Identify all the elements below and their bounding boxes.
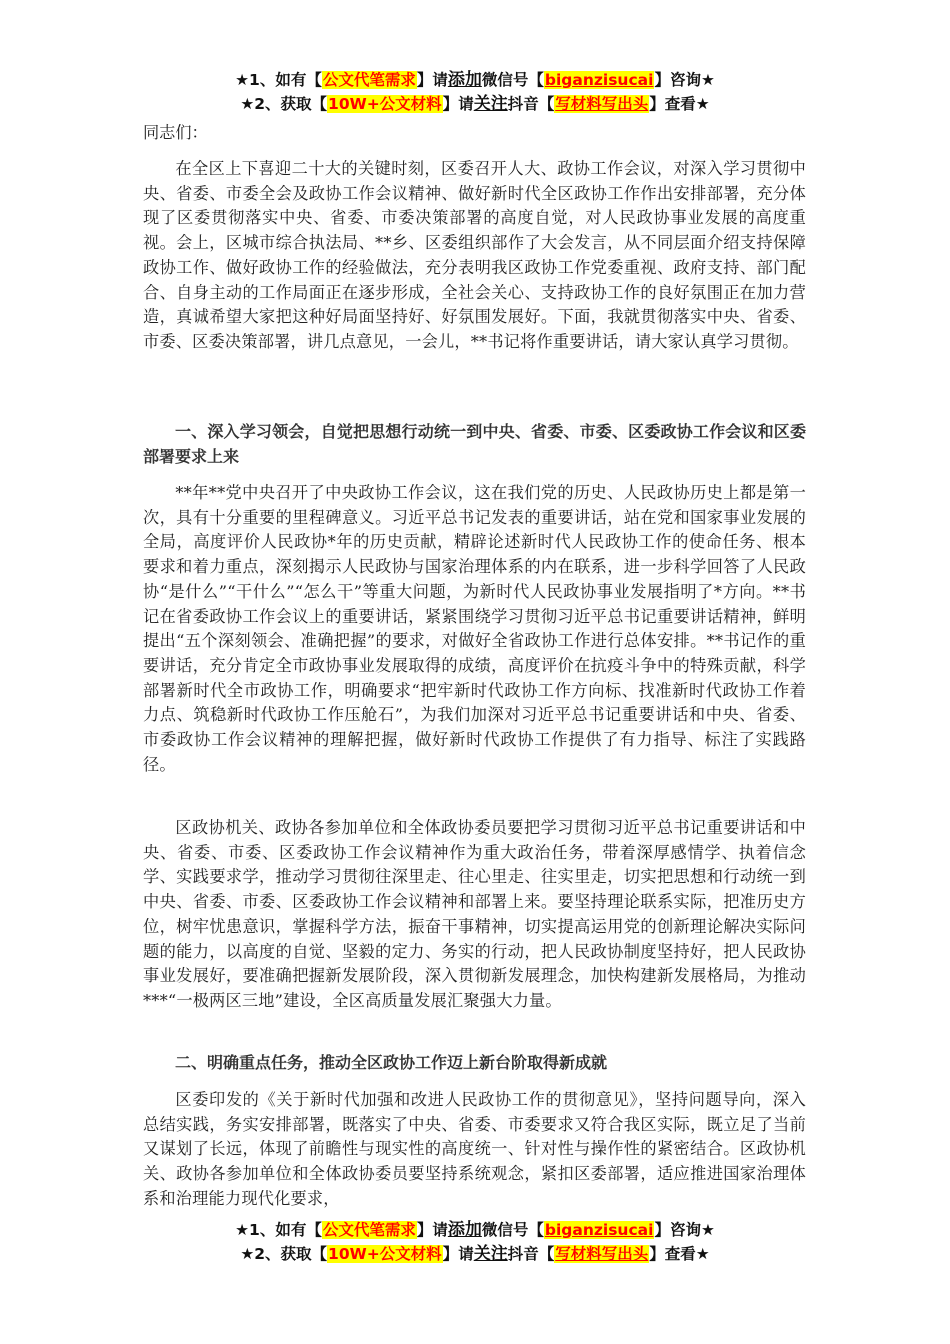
promo-line-1: ★1、如有【公文代笔需求】请添加微信号【biganzisucai】咨询★ bbox=[0, 68, 950, 92]
promo-prefix: ★2、获取【 bbox=[240, 1245, 327, 1263]
douyin-account-link[interactable]: 写材料写出头 bbox=[554, 1245, 649, 1263]
document-body-2: **年**党中央召开了中央政协工作会议，这在我们党的历史、人民政协历史上都是第一… bbox=[143, 481, 806, 777]
emphasis-add: 添加 bbox=[448, 70, 482, 90]
douyin-account-link[interactable]: 写材料写出头 bbox=[554, 95, 649, 113]
promo-line-1: ★1、如有【公文代笔需求】请添加微信号【biganzisucai】咨询★ bbox=[0, 1218, 950, 1242]
promo-text: 抖音【 bbox=[508, 95, 555, 113]
section-heading-1: 一、深入学习领会，自觉把思想行动统一到中央、省委、市委、区委政协工作会议和区委部… bbox=[143, 420, 806, 469]
promo-text: 】请 bbox=[443, 95, 474, 113]
promo-prefix: ★1、如有【 bbox=[235, 1221, 322, 1239]
paragraph-district-opinion: 区委印发的《关于新时代加强和改进人民政协工作的贯彻意见》，坚持问题导向，深入总结… bbox=[143, 1088, 806, 1210]
paragraph-central-conference: **年**党中央召开了中央政协工作会议，这在我们党的历史、人民政协历史上都是第一… bbox=[143, 481, 806, 777]
wechat-id-link[interactable]: biganzisucai bbox=[544, 1221, 655, 1239]
promo-prefix: ★1、如有【 bbox=[235, 71, 322, 89]
promo-line-2: ★2、获取【10W+公文材料】请关注抖音【写材料写出头】查看★ bbox=[0, 1242, 950, 1266]
top-promo-banner: ★1、如有【公文代笔需求】请添加微信号【biganzisucai】咨询★ ★2、… bbox=[0, 68, 950, 116]
bottom-promo-banner: ★1、如有【公文代笔需求】请添加微信号【biganzisucai】咨询★ ★2、… bbox=[0, 1218, 950, 1266]
promo-prefix: ★2、获取【 bbox=[240, 95, 327, 113]
section-2: 二、明确重点任务，推动全区政协工作迈上新台阶取得新成就 bbox=[143, 1051, 806, 1076]
emphasis-follow: 关注 bbox=[474, 94, 508, 114]
promo-suffix: 】咨询★ bbox=[654, 71, 714, 89]
document-body-4: 区委印发的《关于新时代加强和改进人民政协工作的贯彻意见》，坚持问题导向，深入总结… bbox=[143, 1088, 806, 1210]
highlight-ghostwriting: 公文代笔需求 bbox=[322, 71, 417, 89]
highlight-materials: 10W+公文材料 bbox=[327, 1245, 443, 1263]
promo-text: 微信号【 bbox=[482, 71, 544, 89]
promo-suffix: 】查看★ bbox=[649, 95, 709, 113]
document-body-3: 区政协机关、政协各参加单位和全体政协委员要把学习贯彻习近平总书记重要讲话和中央、… bbox=[143, 816, 806, 1014]
promo-text: 】请 bbox=[443, 1245, 474, 1263]
paragraph-intro: 在全区上下喜迎二十大的关键时刻，区委召开人大、政协工作会议，对深入学习贯彻中央、… bbox=[143, 157, 806, 355]
paragraph-study-requirements: 区政协机关、政协各参加单位和全体政协委员要把学习贯彻习近平总书记重要讲话和中央、… bbox=[143, 816, 806, 1014]
highlight-materials: 10W+公文材料 bbox=[327, 95, 443, 113]
emphasis-follow: 关注 bbox=[474, 1244, 508, 1264]
highlight-ghostwriting: 公文代笔需求 bbox=[322, 1221, 417, 1239]
wechat-id-link[interactable]: biganzisucai bbox=[544, 71, 655, 89]
promo-suffix: 】查看★ bbox=[649, 1245, 709, 1263]
promo-text: 】请 bbox=[417, 71, 448, 89]
greeting: 同志们： bbox=[143, 121, 208, 146]
document-body-1: 在全区上下喜迎二十大的关键时刻，区委召开人大、政协工作会议，对深入学习贯彻中央、… bbox=[143, 157, 806, 355]
promo-line-2: ★2、获取【10W+公文材料】请关注抖音【写材料写出头】查看★ bbox=[0, 92, 950, 116]
section-1: 一、深入学习领会，自觉把思想行动统一到中央、省委、市委、区委政协工作会议和区委部… bbox=[143, 420, 806, 469]
promo-suffix: 】咨询★ bbox=[654, 1221, 714, 1239]
promo-text: 】请 bbox=[417, 1221, 448, 1239]
promo-text: 抖音【 bbox=[508, 1245, 555, 1263]
promo-text: 微信号【 bbox=[482, 1221, 544, 1239]
section-heading-2: 二、明确重点任务，推动全区政协工作迈上新台阶取得新成就 bbox=[143, 1051, 806, 1076]
emphasis-add: 添加 bbox=[448, 1220, 482, 1240]
